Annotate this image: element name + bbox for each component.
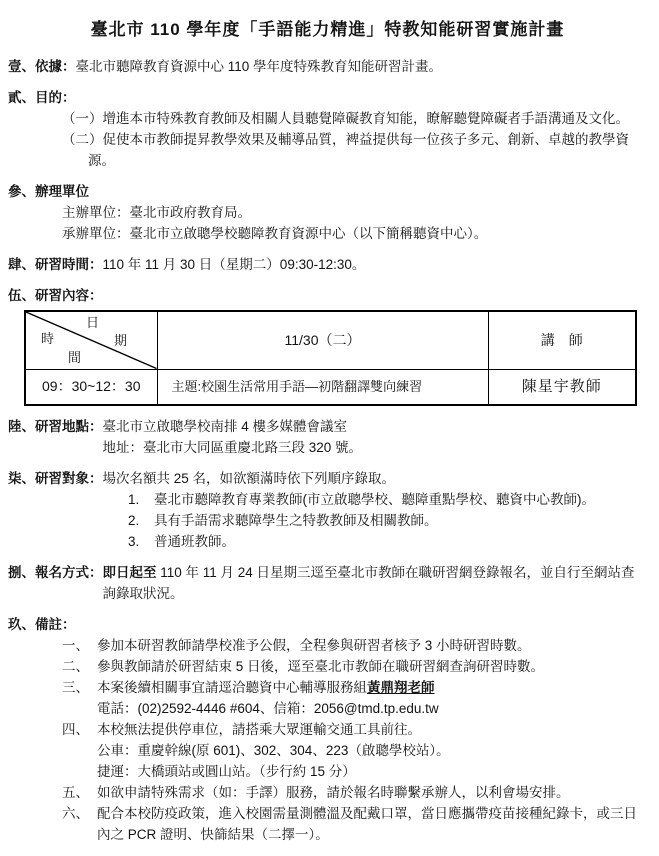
section-audience: 柒、研習對象：場次名額共 25 名，如欲額滿時依下列順序錄取。 1. 臺北市聽障… — [8, 468, 647, 552]
registration-content: 即日起至 110 年 11 月 24 日星期三逕至臺北市教師在職研習網登錄報名，… — [103, 562, 648, 604]
corner-date-char-2: 期 — [114, 334, 127, 347]
schedule-table: 日 期 時 間 11/30（二） 講 師 09：30~12：30 主題:校園生活… — [24, 310, 637, 406]
document-title: 臺北市 110 學年度「手語能力精進」特教知能研習實施計畫 — [8, 18, 647, 42]
section-basis: 壹、依據：臺北市聽障教育資源中心 110 學年度特殊教育知能研習計畫。 — [8, 56, 647, 77]
section-content-label: 伍、研習內容： — [8, 288, 103, 303]
purpose-item-1: （一）增進本市特殊教育教師及相關人員聽覺障礙教育知能，瞭解聽覺障礙者手語溝通及文… — [62, 108, 647, 129]
list-item-number: 1. — [128, 489, 154, 510]
note-text: 配合本校防疫政策，進入校園需量測體溫及配戴口罩，當日應攜帶疫苗接種紀錄卡，或三日… — [97, 803, 647, 845]
schedule-data-row: 09：30~12：30 主題:校園生活常用手語—初階翻譯雙向練習 陳星宇教師 — [25, 369, 636, 405]
note-item: 三、 本案後續相關事宜請逕洽聽資中心輔導服務組黃鼎翔老師 電話：(02)2592… — [62, 677, 647, 719]
audience-priority-list: 1. 臺北市聽障教育專業教師(市立啟聰學校、聽障重點學校、聽資中心教師)。 2.… — [8, 489, 647, 552]
document-page: 臺北市 110 學年度「手語能力精進」特教知能研習實施計畫 壹、依據：臺北市聽障… — [0, 0, 659, 856]
note-mrt-info: 捷運：大橋頭站或圓山站。（步行約 15 分） — [97, 761, 647, 782]
session-lecturer-cell: 陳星宇教師 — [488, 369, 636, 405]
note-item: 四、 本校無法提供停車位，請搭乘大眾運輸交通工具前往。 公車：重慶幹線(原 60… — [62, 719, 647, 782]
notes-list: 一、 參加本研習教師請學校准予公假，全程參與研習者核予 3 小時研習時數。 二、… — [8, 635, 647, 845]
contact-phone-email: 電話：(02)2592-4446 #604、信箱：2056@tmd.tp.edu… — [97, 698, 647, 719]
location-address: 地址：臺北市大同區重慶北路三段 320 號。 — [103, 437, 648, 458]
section-purpose: 貳、目的： （一）增進本市特殊教育教師及相關人員聽覺障礙教育知能，瞭解聽覺障礙者… — [8, 87, 647, 171]
note-text: 如欲申請特殊需求（如：手譯）服務，請於報名時聯繫承辦人，以利會場安排。 — [97, 782, 647, 803]
note-bus-info: 公車：重慶幹線(原 601)、302、304、223（啟聰學校站）。 — [97, 740, 647, 761]
note-number: 二、 — [62, 656, 97, 677]
list-item-text: 具有手語需求聽障學生之特教教師及相關教師。 — [154, 510, 647, 531]
registration-text: 即日起至 110 年 11 月 24 日星期三逕至臺北市教師在職研習網登錄報名，… — [103, 562, 648, 604]
session-time-cell: 09：30~12：30 — [25, 369, 157, 405]
corner-time-char-2: 間 — [68, 351, 81, 364]
section-location-label: 陸、研習地點： — [8, 416, 103, 437]
note-text: 本校無法提供停車位，請搭乘大眾運輸交通工具前往。 — [97, 719, 647, 740]
organizer-lines: 主辦單位：臺北市政府教育局。 承辦單位：臺北市立啟聰學校聽障教育資源中心（以下簡… — [8, 202, 647, 244]
note-number: 六、 — [62, 803, 97, 824]
list-item: 1. 臺北市聽障教育專業教師(市立啟聰學校、聽障重點學校、聽資中心教師)。 — [128, 489, 647, 510]
note-item: 五、 如欲申請特殊需求（如：手譯）服務，請於報名時聯繫承辦人，以利會場安排。 — [62, 782, 647, 803]
organizer-host: 主辦單位：臺北市政府教育局。 — [62, 202, 647, 223]
corner-time-char-1: 時 — [41, 332, 54, 345]
list-item: 3. 普通班教師。 — [128, 531, 647, 552]
location-lines: 臺北市立啟聰學校南排 4 樓多媒體會議室 地址：臺北市大同區重慶北路三段 320… — [103, 416, 648, 458]
registration-rest: 110 年 11 月 24 日星期三逕至臺北市教師在職研習網登錄報名，並自行至網… — [103, 565, 635, 601]
header-date-cell: 11/30（二） — [157, 311, 488, 369]
note-item: 一、 參加本研習教師請學校准予公假，全程參與研習者核予 3 小時研習時數。 — [62, 635, 647, 656]
note-number: 一、 — [62, 635, 97, 656]
schedule-header-row: 日 期 時 間 11/30（二） 講 師 — [25, 311, 636, 369]
registration-bold-lead: 即日起至 — [103, 565, 157, 580]
table-corner-cell: 日 期 時 間 — [25, 311, 157, 369]
section-time: 肆、研習時間：110 年 11 月 30 日（星期二）09:30-12:30。 — [8, 254, 647, 275]
organizer-cohost: 承辦單位：臺北市立啟聰學校聽障教育資源中心（以下簡稱聽資中心）。 — [62, 223, 647, 244]
section-basis-text: 臺北市聽障教育資源中心 110 學年度特殊教育知能研習計畫。 — [76, 59, 443, 74]
section-basis-label: 壹、依據： — [8, 59, 76, 74]
note-text: 參加本研習教師請學校准予公假，全程參與研習者核予 3 小時研習時數。 — [97, 635, 647, 656]
header-lecturer-cell: 講 師 — [488, 311, 636, 369]
section-organizers-label: 參、辦理單位 — [8, 184, 89, 199]
section-purpose-label: 貳、目的： — [8, 90, 76, 105]
section-notes-label: 玖、備註： — [8, 617, 76, 632]
list-item: 2. 具有手語需求聽障學生之特教教師及相關教師。 — [128, 510, 647, 531]
section-registration: 捌、報名方式： 即日起至 110 年 11 月 24 日星期三逕至臺北市教師在職… — [8, 562, 647, 604]
list-item-number: 3. — [128, 531, 154, 552]
section-audience-label: 柒、研習對象： — [8, 471, 103, 486]
purpose-item-2: （二）促使本市教師提昇教學效果及輔導品質，裨益提供每一位孩子多元、創新、卓越的教… — [62, 129, 647, 171]
section-location: 陸、研習地點： 臺北市立啟聰學校南排 4 樓多媒體會議室 地址：臺北市大同區重慶… — [8, 416, 647, 458]
session-topic-cell: 主題:校園生活常用手語—初階翻譯雙向練習 — [157, 369, 488, 405]
note-item: 六、 配合本校防疫政策，進入校園需量測體溫及配戴口罩，當日應攜帶疫苗接種紀錄卡，… — [62, 803, 647, 845]
purpose-items: （一）增進本市特殊教育教師及相關人員聽覺障礙教育知能，瞭解聽覺障礙者手語溝通及文… — [8, 108, 647, 171]
note-text: 參與教師請於研習結束 5 日後，逕至臺北市教師在職研習網查詢研習時數。 — [97, 656, 647, 677]
note-text: 本案後續相關事宜請逕洽聽資中心輔導服務組黃鼎翔老師 — [97, 677, 647, 698]
note-number: 四、 — [62, 719, 97, 740]
section-time-text: 110 年 11 月 30 日（星期二）09:30-12:30。 — [103, 257, 366, 272]
contact-person-name: 黃鼎翔老師 — [367, 680, 435, 695]
section-registration-label: 捌、報名方式： — [8, 562, 103, 583]
section-notes: 玖、備註： 一、 參加本研習教師請學校准予公假，全程參與研習者核予 3 小時研習… — [8, 614, 647, 845]
note-number: 五、 — [62, 782, 97, 803]
corner-date-char-1: 日 — [86, 316, 99, 329]
note-item: 二、 參與教師請於研習結束 5 日後，逕至臺北市教師在職研習網查詢研習時數。 — [62, 656, 647, 677]
section-content: 伍、研習內容： 日 期 時 間 11/30（二） 講 師 09：30~12：30… — [8, 285, 647, 406]
list-item-number: 2. — [128, 510, 154, 531]
section-audience-text: 場次名額共 25 名，如欲額滿時依下列順序錄取。 — [103, 471, 396, 486]
note-contact-lead: 本案後續相關事宜請逕洽聽資中心輔導服務組 — [97, 680, 367, 695]
section-time-label: 肆、研習時間： — [8, 257, 103, 272]
location-venue: 臺北市立啟聰學校南排 4 樓多媒體會議室 — [103, 416, 648, 437]
list-item-text: 普通班教師。 — [154, 531, 647, 552]
section-organizers: 參、辦理單位 主辦單位：臺北市政府教育局。 承辦單位：臺北市立啟聰學校聽障教育資… — [8, 181, 647, 244]
note-number: 三、 — [62, 677, 97, 698]
list-item-text: 臺北市聽障教育專業教師(市立啟聰學校、聽障重點學校、聽資中心教師)。 — [154, 489, 647, 510]
